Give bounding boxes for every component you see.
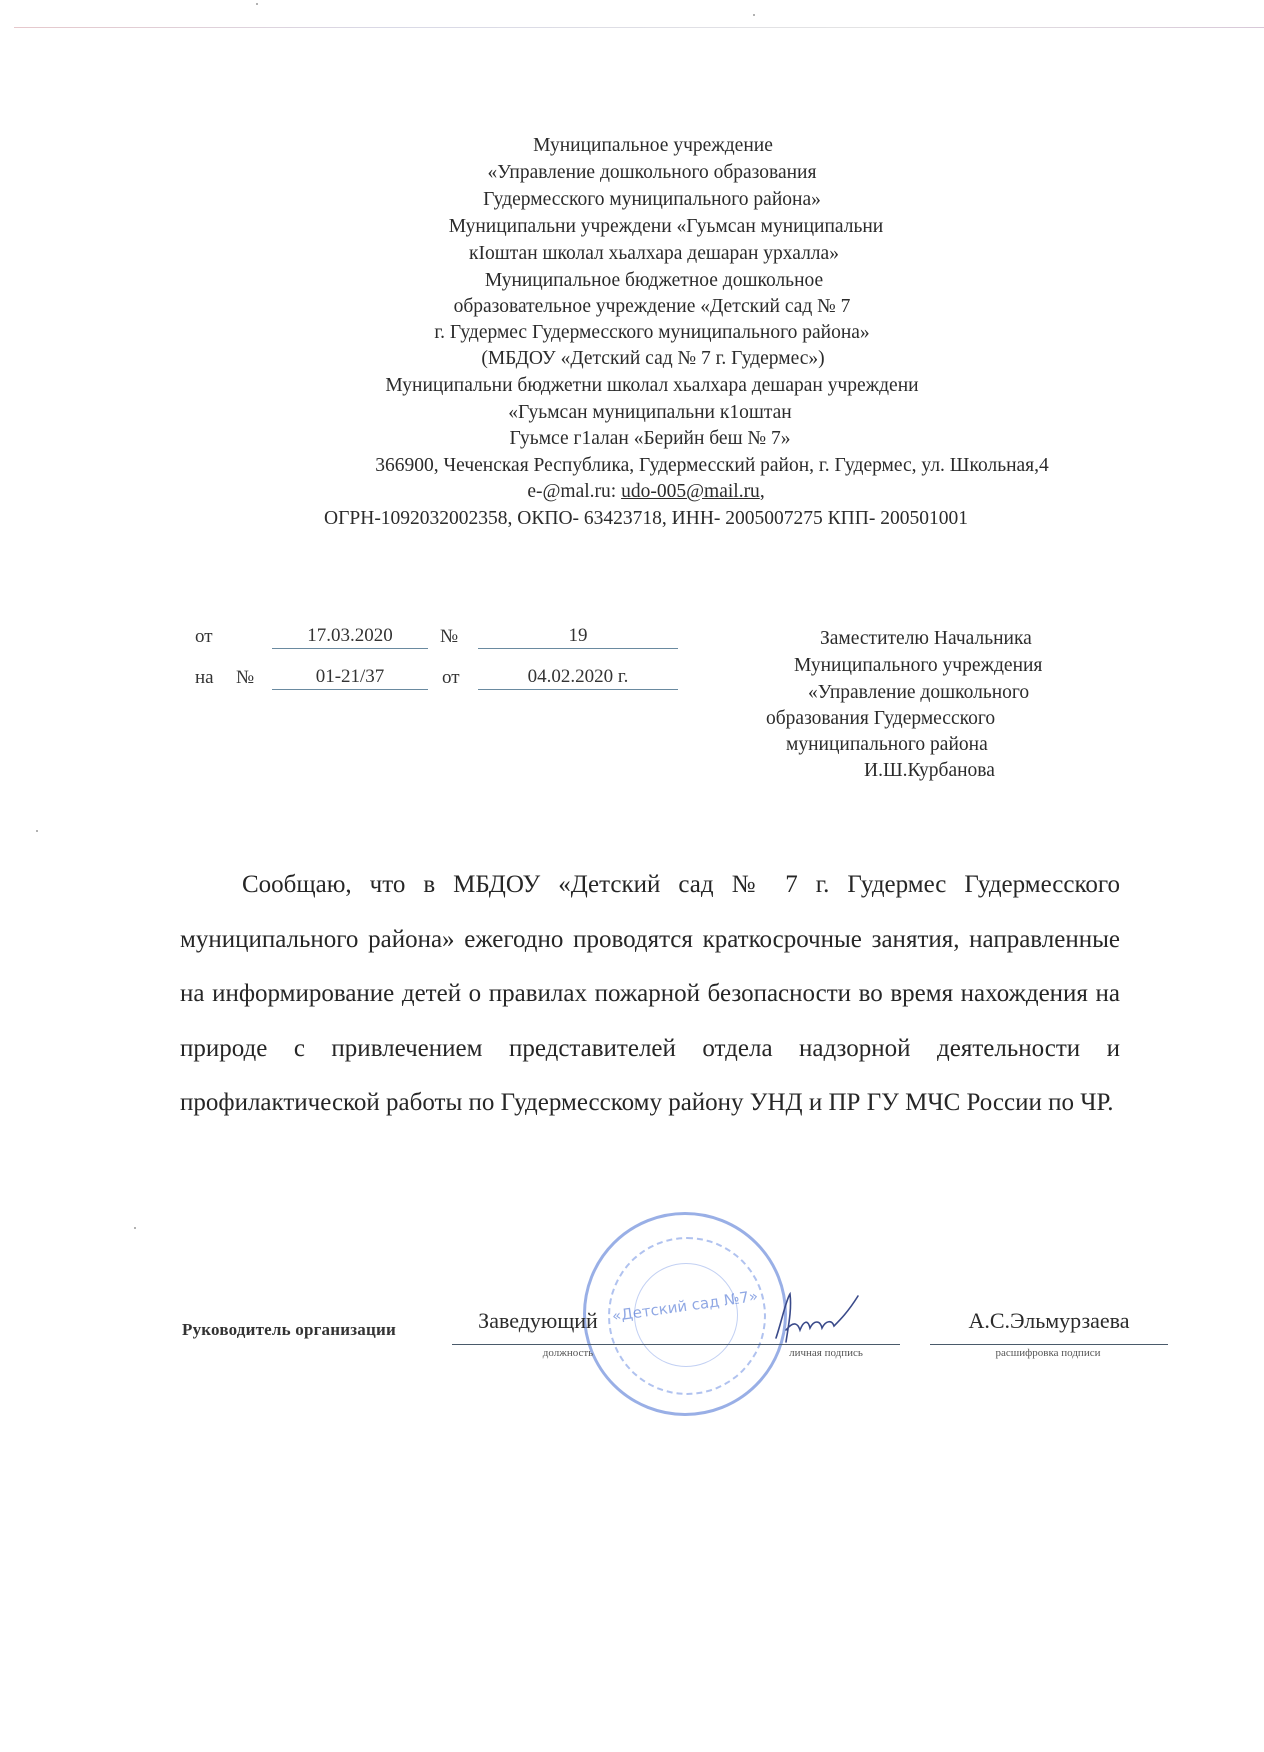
addressee-line: Муниципального учреждения: [794, 653, 1042, 680]
addressee-line: «Управление дошкольного: [808, 680, 1029, 707]
letterhead-line: образовательное учреждение «Детский сад …: [454, 294, 851, 320]
letterhead-line: кIоштан школал хьалхара дешаран урхалла»: [469, 241, 839, 267]
letterhead-line: Муниципальни учреждени «Гуьмсан муниципа…: [449, 214, 883, 240]
letterhead-line: Муниципальни бюджетни школал хьалхара де…: [385, 373, 918, 399]
letterhead-line: Муниципальное учреждение: [533, 133, 773, 159]
signature-caption: личная подпись: [789, 1347, 863, 1359]
letterhead-line: г. Гудермес Гудермесского муниципального…: [434, 320, 869, 346]
from-label: от: [195, 626, 213, 648]
addressee-line: Заместителю Начальника: [820, 626, 1032, 653]
scan-speck: [256, 3, 258, 5]
number-label: №: [440, 626, 458, 648]
letterhead-line: Гуьмсе г1алан «Берийн беш № 7»: [510, 426, 791, 452]
signatory-label: Руководитель организации: [182, 1320, 396, 1340]
letter-body: Сообщаю, что в МБДОУ «Детский сад № 7 г.…: [180, 858, 1120, 1131]
letterhead-line: (МБДОУ «Детский сад № 7 г. Гудермес»): [481, 346, 824, 372]
position-value: Заведующий: [478, 1308, 598, 1333]
addressee-line: муниципального района: [786, 732, 988, 759]
position-field: Заведующий: [452, 1308, 624, 1345]
address-line: 366900, Чеченская Республика, Гудермесск…: [375, 453, 1049, 479]
outgoing-date-field: 17.03.2020: [272, 624, 428, 649]
letterhead-line: Гудермесского муниципального района»: [483, 187, 821, 213]
scan-speck: [134, 1227, 136, 1229]
reply-date-field: 04.02.2020 г.: [478, 665, 678, 690]
email-link[interactable]: udo-005@mail.ru: [621, 481, 760, 502]
letterhead-line: «Управление дошкольного образования: [488, 160, 817, 186]
addressee-name: И.Ш.Курбанова: [864, 758, 995, 785]
name-caption: расшифровка подписи: [996, 1347, 1101, 1359]
position-caption: должность: [543, 1347, 593, 1359]
reply-label: на: [195, 667, 214, 689]
reply-from-label: от: [442, 667, 460, 689]
email-line: e-@mal.ru: udo-005@mail.ru,: [527, 479, 764, 505]
scan-speck: [753, 14, 755, 16]
letterhead-line: Муниципальное бюджетное дошкольное: [485, 268, 823, 294]
reply-number-label: №: [236, 667, 254, 689]
outgoing-number-field: 19: [478, 624, 678, 649]
requisites-line: ОГРН-1092032002358, ОКПО- 63423718, ИНН-…: [324, 506, 968, 532]
name-field: А.С.Эльмурзаева: [930, 1308, 1168, 1345]
scan-speck: [36, 830, 38, 832]
letterhead-line: «Гуьмсан муниципальни к1оштан: [508, 400, 791, 426]
name-value: А.С.Эльмурзаева: [968, 1308, 1129, 1333]
top-border-line: [14, 27, 1264, 28]
addressee-line: образования Гудермесского: [766, 706, 995, 733]
handwritten-signature: [768, 1290, 868, 1346]
email-suffix: ,: [760, 481, 765, 502]
reply-number-field: 01-21/37: [272, 665, 428, 690]
email-prefix: e-@mal.ru:: [527, 481, 621, 502]
